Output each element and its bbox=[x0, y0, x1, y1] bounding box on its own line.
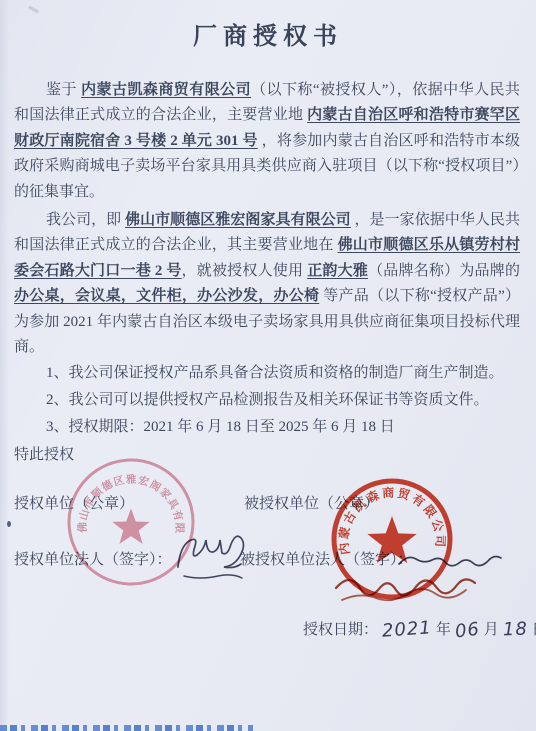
brand-name: 正韵大雅 bbox=[307, 263, 368, 279]
page-title: 厂商授权书 bbox=[0, 16, 536, 51]
clause-1: 1、我公司保证授权产品系具备合法资质和资格的制造厂商生产制造。 bbox=[14, 360, 520, 387]
scan-speck bbox=[7, 521, 11, 527]
product-list: 办公桌，会议桌，文件柜，办公沙发，办公椅 bbox=[14, 288, 319, 304]
left-stamp-star-icon bbox=[112, 508, 149, 544]
date-month-suffix: 月 bbox=[484, 618, 499, 639]
date-month-handwritten: 06 bbox=[454, 621, 481, 642]
authorization-date-row: 授权日期： 2021 年 06 月 18 日 bbox=[303, 618, 536, 639]
date-year-handwritten: 2021 bbox=[381, 619, 432, 640]
date-year-suffix: 年 bbox=[436, 618, 451, 639]
authorizer-sign-label: 授权单位法人（签字）： bbox=[14, 548, 172, 569]
p2-run: ，就被授权人使用 bbox=[182, 263, 308, 279]
authorizer-seal-label: 授权单位（公章） bbox=[14, 492, 134, 513]
authorized-seal-label: 被授权单位（公章） bbox=[244, 492, 379, 513]
authorized-company-name: 内蒙古凯森商贸有限公司 bbox=[81, 82, 251, 98]
p1-run: 鉴于 bbox=[46, 82, 81, 98]
paragraph-1: 鉴于 内蒙古凯森商贸有限公司（以下称“被授权人”），依据中华人民共和国法律正式成… bbox=[14, 78, 520, 205]
document-body: 鉴于 内蒙古凯森商贸有限公司（以下称“被授权人”），依据中华人民共和国法律正式成… bbox=[14, 78, 520, 468]
date-day-suffix: 日 bbox=[532, 618, 536, 639]
clause-2: 2、我公司可以提供授权产品检测报告及相关环保证书等资质文件。 bbox=[14, 387, 520, 414]
paragraph-2: 我公司，即 佛山市顺德区雅宏阁家具有限公司 ，是一家依据中华人民共和国法律正式成… bbox=[14, 208, 520, 360]
manufacturer-company-stamp: 佛山市顺德区雅宏阁家具有限公司 bbox=[60, 452, 202, 594]
scan-smudge bbox=[28, 6, 39, 14]
p2-run: （品牌名称）为品牌的 bbox=[368, 263, 520, 279]
authorizer-company-name: 佛山市顺德区雅宏阁家具有限公司 bbox=[125, 212, 351, 228]
authorized-sign-label: 被授权单位法人（签字）： bbox=[240, 548, 413, 569]
document-page: 厂商授权书 鉴于 内蒙古凯森商贸有限公司（以下称“被授权人”），依据中华人民共和… bbox=[0, 0, 536, 731]
p2-run: 我公司，即 bbox=[46, 212, 125, 228]
date-day-handwritten: 18 bbox=[502, 621, 528, 640]
date-label: 授权日期： bbox=[303, 618, 378, 639]
right-stamp-handwriting bbox=[332, 566, 480, 608]
closing-statement: 特此授权 bbox=[14, 443, 520, 468]
cropped-blue-text-artifact bbox=[0, 725, 253, 731]
clause-3-authorization-period: 3、授权期限：2021 年 6 月 18 日至 2025 年 6 月 18 日 bbox=[14, 414, 520, 441]
